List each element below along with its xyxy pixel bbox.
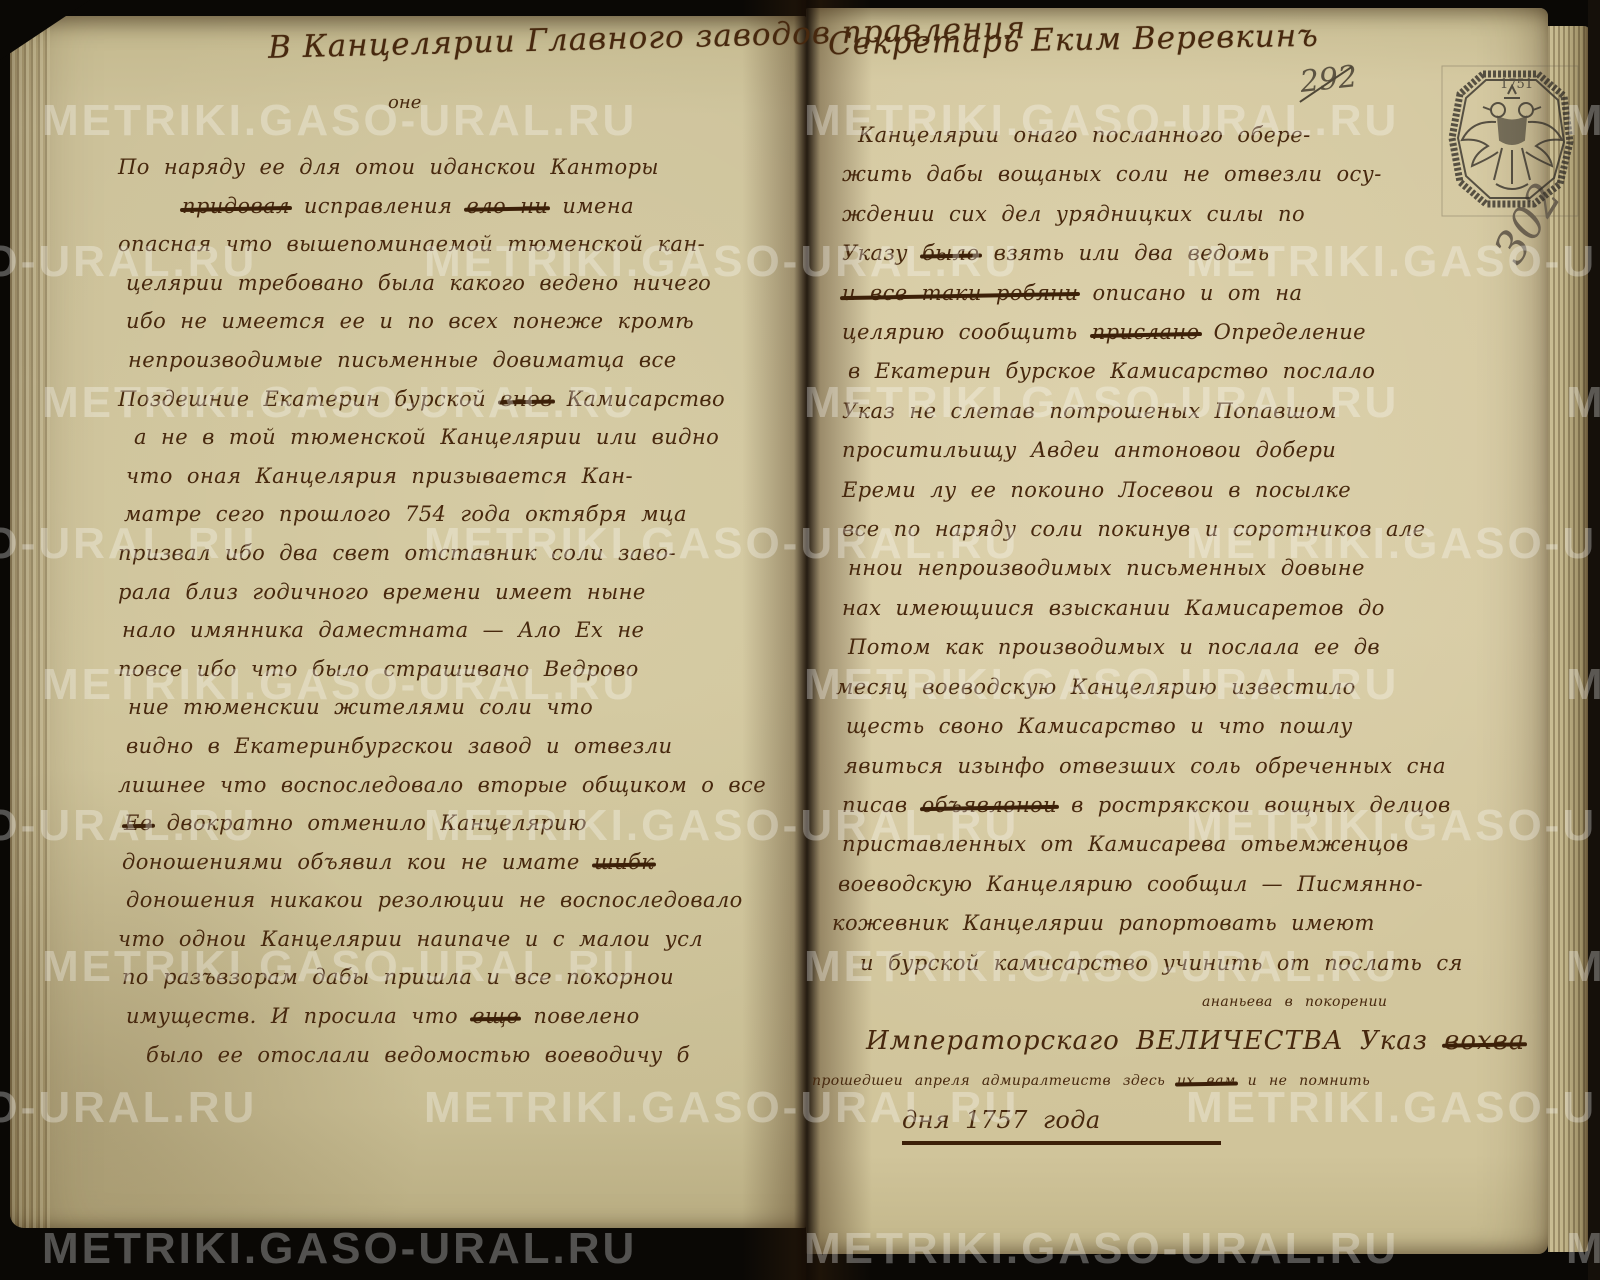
manuscript-line: призвал ибо два свет отставник соли заво… xyxy=(118,534,778,573)
manuscript-line: Потом как производимых и послала ее дв xyxy=(848,628,1532,667)
manuscript-line: Указу было взять или два ведомь xyxy=(842,234,1532,273)
manuscript-line: Ереми лу ее покоино Лосевои в посылке xyxy=(842,471,1532,510)
struck-text: ело ни xyxy=(466,194,548,218)
manuscript-line: проситильищу Авдеи антоновои добери xyxy=(842,431,1532,470)
struck-text: вохва xyxy=(1444,1026,1525,1056)
watermark-text: METRIKI.GASO-URAL.RU xyxy=(42,1224,637,1274)
old-page-number-crossed: 292 xyxy=(1298,59,1359,100)
manuscript-line: и все таки робяни описано и от на xyxy=(842,274,1532,313)
struck-text: объявленои xyxy=(922,793,1057,817)
manuscript-scan: В Канцелярии Главного заводов правления … xyxy=(0,0,1600,1280)
manuscript-line: лишнее что воспоследовало вторые общиком… xyxy=(118,766,778,805)
manuscript-line: доношениями объявил кои не имате шибк xyxy=(122,843,778,882)
manuscript-line: прошедшеи апреля адмиралтеиств здесь их … xyxy=(812,1062,1532,1101)
manuscript-line: ананьева в покорении xyxy=(1202,983,1532,1022)
struck-text: придовал xyxy=(182,194,290,218)
manuscript-line: нало имянника даместната — Ало Ех не xyxy=(122,611,778,650)
struck-text: и все таки робяни xyxy=(842,281,1078,305)
manuscript-line: рала близ годичного времени имеет ныне xyxy=(118,573,778,612)
struck-text: было xyxy=(922,241,980,265)
manuscript-line: Поздешние Екатерин бурской внов Камисарс… xyxy=(118,380,778,419)
manuscript-line: дня 1757 года xyxy=(902,1101,1221,1144)
manuscript-line: непроизводимые письменные довиматца все xyxy=(128,341,778,380)
manuscript-line: а не в той тюменской Канцелярии или видн… xyxy=(134,418,778,457)
struck-text: шибк xyxy=(594,850,654,874)
left-page-superscript: оне xyxy=(388,92,421,113)
stamp-year: 1751 xyxy=(1500,77,1533,92)
struck-text: Ее xyxy=(124,811,153,835)
manuscript-line: По наряду ее для отои иданскои Канторы xyxy=(118,148,778,187)
manuscript-line: жить дабы вощаных соли не отвезли осу- xyxy=(842,155,1532,194)
struck-text: внов xyxy=(500,387,553,411)
manuscript-line: и бурской камисарство учинить от послать… xyxy=(860,944,1532,983)
manuscript-line: писав объявленои в рострякскои вощных де… xyxy=(842,786,1532,825)
manuscript-line: что однои Канцелярии наипаче и с малои у… xyxy=(118,920,778,959)
eagle-stamp-seal: 1751 xyxy=(1438,62,1588,252)
manuscript-line: опасная что вышепоминаемой тюменской кан… xyxy=(118,225,778,264)
manuscript-line: явиться изынфо отвезших соль обреченных … xyxy=(844,747,1532,786)
left-page-edges xyxy=(10,16,50,1228)
manuscript-line: приставленных от Камисарева отьемженцов xyxy=(842,825,1532,864)
struck-text: еще xyxy=(472,1004,519,1028)
manuscript-line: целярии требовано была какого ведено нич… xyxy=(126,264,778,303)
manuscript-line: ннои непроизводимых письменных довыне xyxy=(848,549,1532,588)
manuscript-line: Ее двократно отменило Канцелярию xyxy=(124,804,778,843)
manuscript-line: доношения никакои резолюции не воспослед… xyxy=(126,881,778,920)
struck-text: их вам xyxy=(1177,1073,1236,1089)
manuscript-line: воеводскую Канцелярию сообщил — Писмянно… xyxy=(838,865,1532,904)
manuscript-line: видно в Екатеринбургскои завод и отвезли xyxy=(126,727,778,766)
manuscript-line: Канцелярии онаго посланного обере- xyxy=(858,116,1532,155)
manuscript-line: кожевник Канцелярии рапортовать имеют xyxy=(832,904,1532,943)
manuscript-line: ние тюменскии жителями соли что xyxy=(128,688,778,727)
manuscript-line: по разъвзорам дабы пришла и все покорнои xyxy=(122,958,778,997)
manuscript-line: в Екатерин бурское Камисарство послало xyxy=(848,352,1532,391)
manuscript-line: щесть своно Камисарство и что пошлу xyxy=(846,707,1532,746)
manuscript-line: все по наряду соли покинув и соротников … xyxy=(842,510,1532,549)
manuscript-line: ибо не имеется ее и по всех понеже кромѣ xyxy=(126,302,778,341)
manuscript-line: матре сего прошлого 754 года октября мца xyxy=(124,495,778,534)
manuscript-line: что оная Канцелярия призывается Кан- xyxy=(126,457,778,496)
manuscript-line: Указ не слетав потрошеных Попавшом xyxy=(842,392,1532,431)
manuscript-line: было ее отослали ведомостью воеводичу б xyxy=(146,1036,778,1075)
manuscript-line: ждении сих дел урядницких силы по xyxy=(842,195,1532,234)
manuscript-line: придовал исправления ело ни имена xyxy=(182,187,778,226)
manuscript-line: повсе ибо что было страшивано Ведрово xyxy=(118,650,778,689)
manuscript-line: Императорскаго ВЕЛИЧЕСТВА Указ вохва xyxy=(866,1022,1532,1061)
struck-text: прислано xyxy=(1092,320,1200,344)
book-binding-edge xyxy=(1588,0,1600,1280)
manuscript-line: месяц воеводскую Канцелярию известило xyxy=(836,668,1532,707)
left-page-text: По наряду ее для отои иданскои Канторыпр… xyxy=(118,148,778,1074)
manuscript-line: имуществ. И просила что еще повелено xyxy=(126,997,778,1036)
manuscript-line: нах имеющиися взыскании Камисаретов до xyxy=(842,589,1532,628)
manuscript-line: целярию сообщить прислано Определение xyxy=(842,313,1532,352)
right-page-text: Канцелярии онаго посланного обере-жить д… xyxy=(842,116,1532,1145)
